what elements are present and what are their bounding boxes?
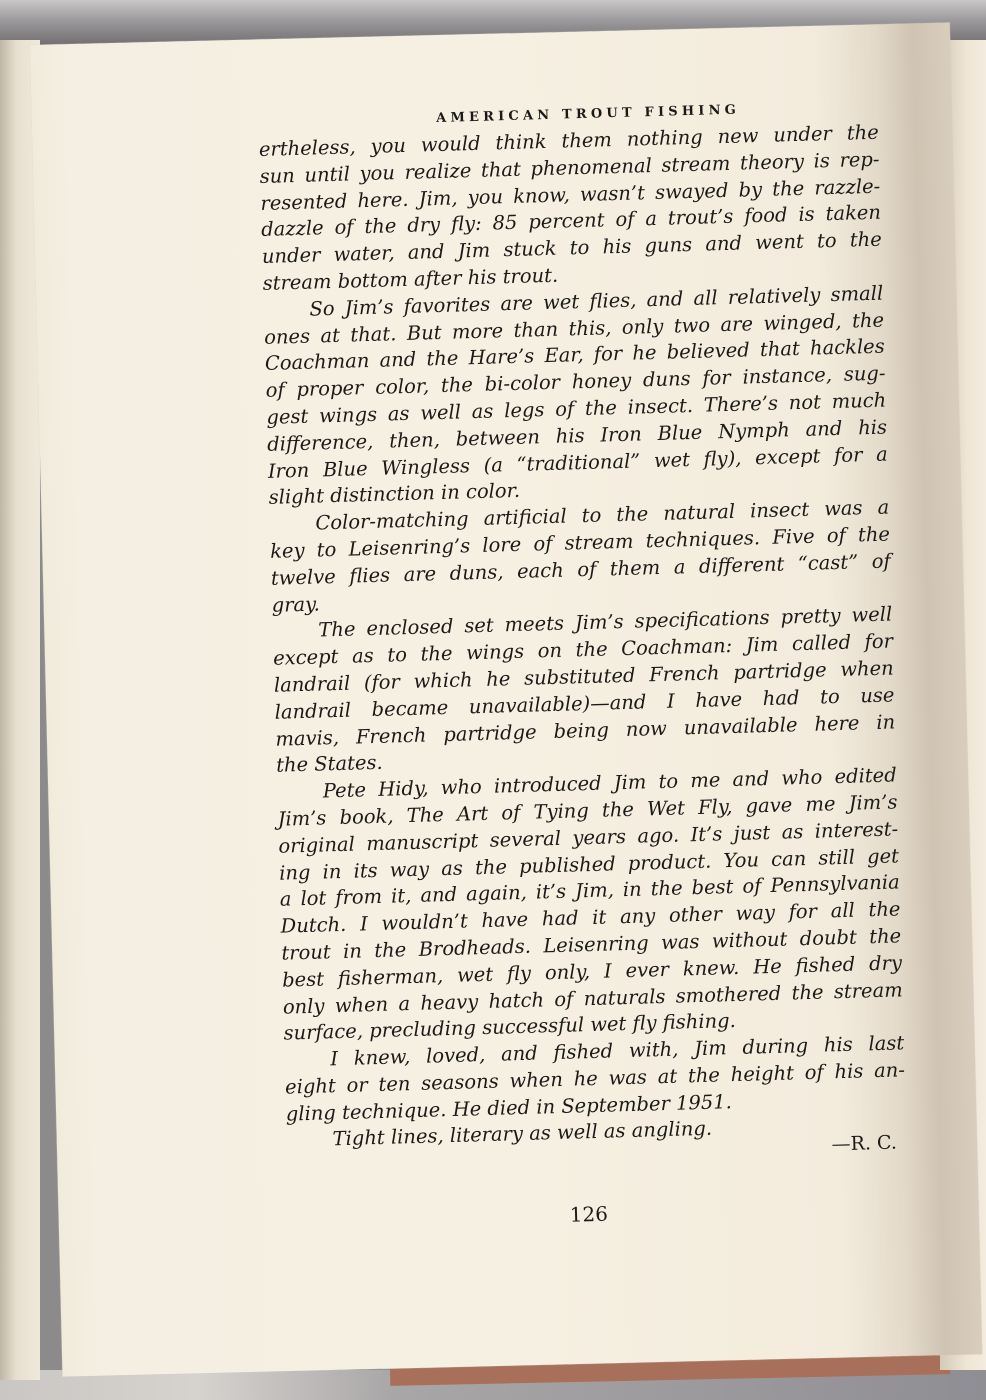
paragraph: So Jim’s favorites are wet flies, and al… (263, 280, 889, 512)
paragraph: Color-matching artificial to the natural… (269, 495, 892, 619)
paragraph: Pete Hidy, who introduced Jim to me and … (277, 763, 904, 1048)
paragraph: The enclosed set meets Jim’s specificati… (272, 602, 896, 780)
page-text-block: AMERICAN TROUT FISHING ertheless, you wo… (258, 99, 909, 1235)
paragraph: ertheless, you would think them nothing … (259, 120, 883, 298)
